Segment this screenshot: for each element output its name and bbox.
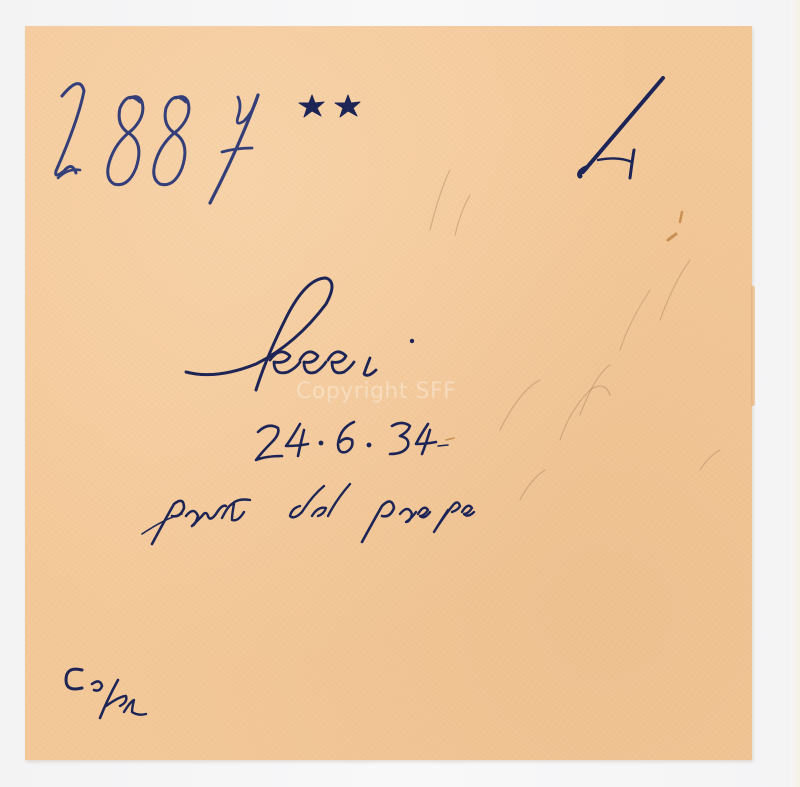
corner-note-handwriting: [66, 669, 146, 718]
place-name-handwriting: [186, 278, 414, 390]
scan-background: Copyright SFF 2887 ** 4 Secci 24.6.34 pa…: [0, 0, 800, 787]
faint-pencil-marks: [430, 170, 720, 500]
double-star-mark: [299, 95, 360, 117]
handwriting-layer: [0, 0, 800, 787]
inventory-number-handwriting: [56, 84, 258, 203]
paper-stains: [446, 212, 682, 440]
description-handwriting: [142, 484, 474, 544]
star-icon: [335, 95, 360, 117]
star-icon: [299, 95, 324, 117]
date-handwriting: [256, 422, 448, 460]
corner-number-handwriting: [580, 78, 663, 178]
